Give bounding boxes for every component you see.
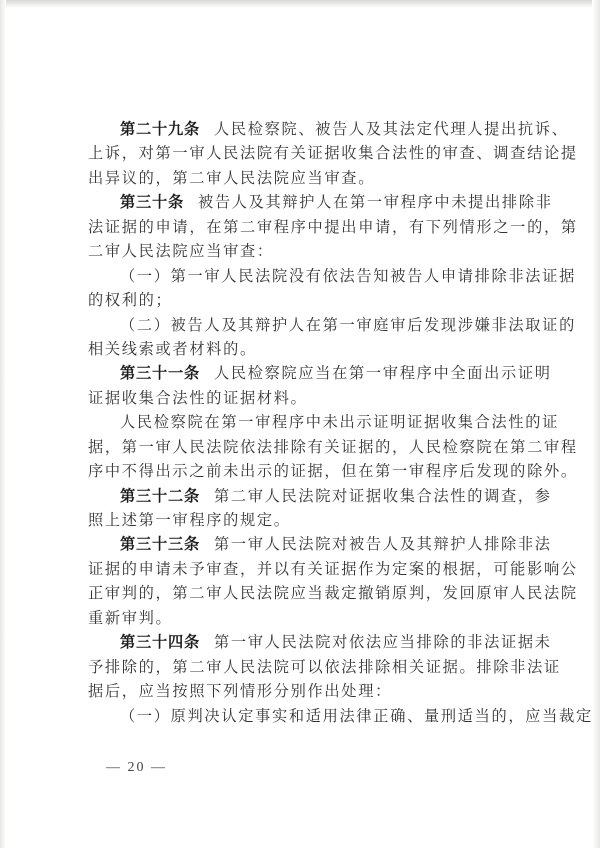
text-line: 正审判的，第二审人民法院应当裁定撤销原判，发回原审人民法院 <box>88 581 520 605</box>
article-text: 第一审人民法院对被告人及其辩护人排除非法 <box>214 535 552 553</box>
text-line: 据，第一审人民法院依法排除有关证据的，人民检察院在第二审程 <box>88 435 520 459</box>
article-text: 第二审人民法院对证据收集合法性的调查，参 <box>214 487 552 505</box>
article-text: 人民检察院应当在第一审程序中全面出示证明 <box>214 364 552 382</box>
text-line: 证据的申请未予审查，并以有关证据作为定案的根据，可能影响公 <box>88 557 520 581</box>
page-number: — 20 — <box>106 760 167 776</box>
text-line: 序中不得出示之前未出示的证据，但在第一审程序后发现的除外。 <box>88 459 520 483</box>
article-33-line-1: 第三十三条第一审人民法院对被告人及其辩护人排除非法 <box>88 532 520 556</box>
article-text: 被告人及其辩护人在第一审程序中未提出排除非 <box>198 193 553 211</box>
article-number: 第三十条 <box>120 193 184 211</box>
article-30-line-1: 第三十条被告人及其辩护人在第一审程序中未提出排除非 <box>88 190 520 214</box>
scan-edge-right <box>592 0 600 848</box>
text-line: 予排除的，第二审人民法院可以依法排除相关证据。排除非法证 <box>88 655 520 679</box>
text-line: 二审人民法院应当审查： <box>88 239 520 263</box>
text-line: 法证据的申请，在第二审程序中提出申请，有下列情形之一的，第 <box>88 215 520 239</box>
clause-item: （一）第一审人民法院没有依法告知被告人申请排除非法证据 <box>88 264 520 288</box>
article-number: 第三十二条 <box>120 487 200 505</box>
article-text: 人民检察院、被告人及其法定代理人提出抗诉、 <box>214 120 569 138</box>
text-line: 上诉，对第一审人民法院有关证据收集合法性的审查、调查结论提 <box>88 141 520 165</box>
article-29-line-1: 第二十九条人民检察院、被告人及其法定代理人提出抗诉、 <box>88 117 520 141</box>
article-32-line-1: 第三十二条第二审人民法院对证据收集合法性的调查，参 <box>88 484 520 508</box>
text-line: 重新审判。 <box>88 606 520 630</box>
clause-item: （一）原判决认定事实和适用法律正确、量刑适当的，应当裁定 <box>88 704 520 728</box>
article-number: 第三十四条 <box>120 633 200 651</box>
clause-item: （二）被告人及其辩护人在第一审庭审后发现涉嫌非法取证的 <box>88 313 520 337</box>
text-line: 证据收集合法性的证据材料。 <box>88 386 520 410</box>
text-line: 的权利的； <box>88 288 520 312</box>
paragraph-start: 人民检察院在第一审程序中未出示证明证据收集合法性的证 <box>88 410 520 434</box>
article-number: 第三十一条 <box>120 364 200 382</box>
scan-edge-left <box>0 0 6 848</box>
article-text: 第一审人民法院对依法应当排除的非法证据未 <box>214 633 552 651</box>
article-31-line-1: 第三十一条人民检察院应当在第一审程序中全面出示证明 <box>88 361 520 385</box>
scan-edge-top <box>0 0 600 8</box>
article-number: 第二十九条 <box>120 120 200 138</box>
article-number: 第三十三条 <box>120 535 200 553</box>
text-line: 出异议的，第二审人民法院应当审查。 <box>88 166 520 190</box>
article-34-line-1: 第三十四条第一审人民法院对依法应当排除的非法证据未 <box>88 630 520 654</box>
text-line: 据后，应当按照下列情形分别作出处理： <box>88 679 520 703</box>
text-line: 相关线索或者材料的。 <box>88 337 520 361</box>
document-body: 第二十九条人民检察院、被告人及其法定代理人提出抗诉、 上诉，对第一审人民法院有关… <box>88 117 520 728</box>
text-line: 照上述第一审程序的规定。 <box>88 508 520 532</box>
